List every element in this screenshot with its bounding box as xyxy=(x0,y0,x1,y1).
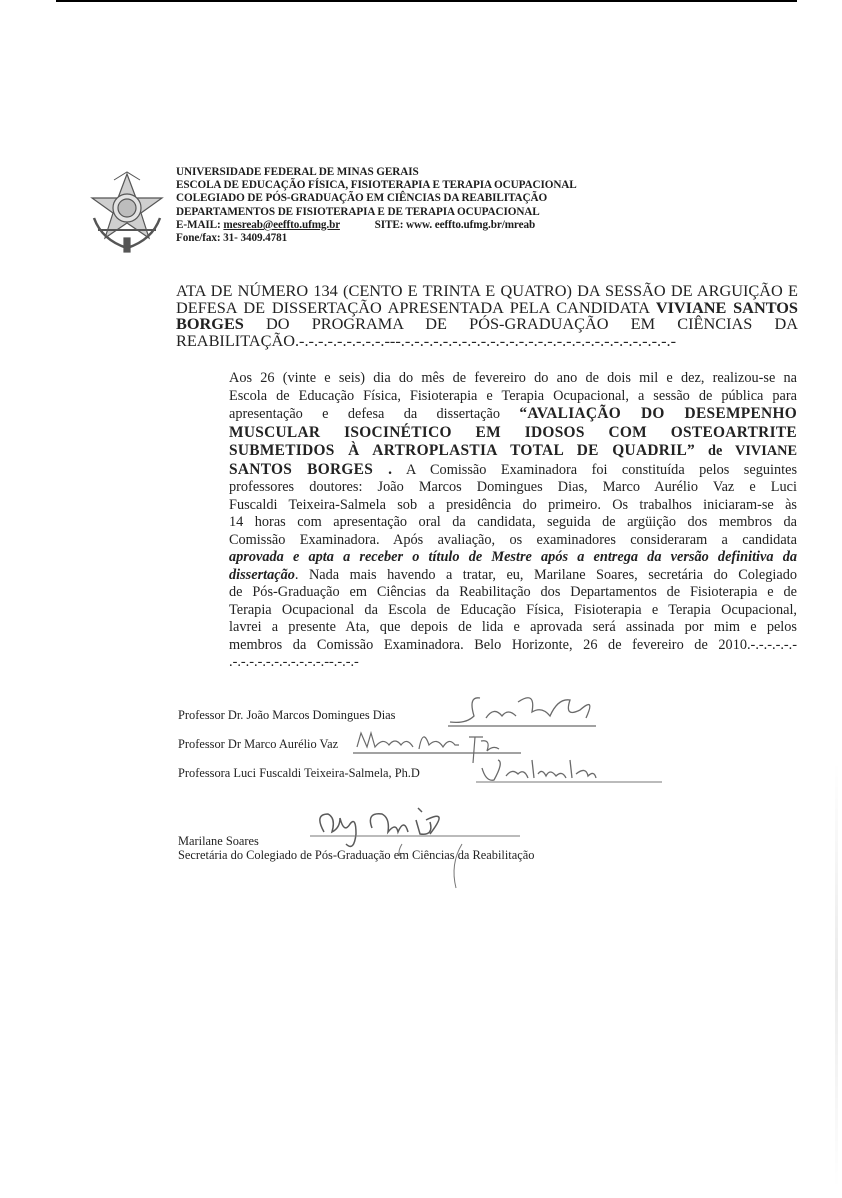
dissertation-title: SUBMETIDOS À ARTROPLASTIA TOTAL DE QUADR… xyxy=(229,442,695,459)
body-line: de Pós-Graduação em Ciências da Reabilit… xyxy=(229,584,797,602)
signature-row: Professora Luci Fuscaldi Teixeira-Salmel… xyxy=(178,758,420,787)
signature-block: Professor Dr. João Marcos Domingues Dias… xyxy=(178,700,420,787)
body-line: Aos 26 (vinte e seis) dia do mês de feve… xyxy=(229,370,797,388)
departments-name: DEPARTAMENTOS DE FISIOTERAPIA E DE TERAP… xyxy=(176,206,577,219)
page-top-rule xyxy=(56,0,797,2)
approval-statement: dissertação xyxy=(229,567,295,583)
body-line: dissertação. Nada mais havendo a tratar,… xyxy=(229,567,797,585)
email-link[interactable]: mesreab@eeffto.ufmg.br xyxy=(223,219,340,231)
school-name: ESCOLA DE EDUCAÇÃO FÍSICA, FISIOTERAPIA … xyxy=(176,179,577,192)
body-line: Escola de Educação Física, Fisioterapia … xyxy=(229,388,797,406)
brazil-coat-of-arms-icon xyxy=(84,168,170,254)
phone: Fone/fax: 31- 3409.4781 xyxy=(176,232,577,245)
body-text: . Nada mais havendo a tratar, eu, Marila… xyxy=(295,567,797,583)
body-line: Comissão Examinadora. Após avaliação, os… xyxy=(229,532,797,550)
body-line: apresentação e defesa da dissertação “AV… xyxy=(229,405,797,424)
secretary-block: Marilane Soares Secretária do Colegiado … xyxy=(178,834,534,862)
handwritten-signature xyxy=(310,804,530,890)
dissertation-title: “AVALIAÇÃO DO DESEMPENHO xyxy=(519,405,797,422)
body-line: lavrei a presente Ata, que depois de lid… xyxy=(229,619,797,637)
handwritten-signature xyxy=(476,752,666,792)
approval-statement: aprovada e apta a receber o título de Me… xyxy=(229,549,797,565)
body-line: .-.-.-.-.-.-.-.-.-.-.-.--.-.-.- xyxy=(229,654,797,672)
dissertation-title: MUSCULAR ISOCINÉTICO EM IDOSOS COM OSTEO… xyxy=(229,424,797,441)
ata-title-line: REABILITAÇÃO.-.-.-.-.-.-.-.-.-.---.-.-.-… xyxy=(176,333,798,350)
ata-title: ATA DE NÚMERO 134 (CENTO E TRINTA E QUAT… xyxy=(176,283,798,349)
university-name: UNIVERSIDADE FEDERAL DE MINAS GERAIS xyxy=(176,166,577,179)
letterhead: UNIVERSIDADE FEDERAL DE MINAS GERAIS ESC… xyxy=(176,166,577,245)
body-text: A Comissão Examinadora foi constituída p… xyxy=(392,462,797,478)
body-line: membros da Comissão Examinadora. Belo Ho… xyxy=(229,637,797,655)
signer-label: Professor Dr Marco Aurélio Vaz xyxy=(178,737,338,751)
scan-edge-shadow xyxy=(835,760,838,1190)
signature-row: Professor Dr Marco Aurélio Vaz xyxy=(178,729,420,758)
candidate-name: SANTOS BORGES . xyxy=(229,461,392,478)
body-line: SUBMETIDOS À ARTROPLASTIA TOTAL DE QUADR… xyxy=(229,442,797,461)
signer-label: Professor Dr. João Marcos Domingues Dias xyxy=(178,708,396,722)
minutes-body: Aos 26 (vinte e seis) dia do mês de feve… xyxy=(229,370,797,672)
body-line: aprovada e apta a receber o título de Me… xyxy=(229,549,797,567)
collegiate-name: COLEGIADO DE PÓS-GRADUAÇÃO EM CIÊNCIAS D… xyxy=(176,192,577,205)
email-label: E-MAIL: xyxy=(176,219,221,231)
body-line: professores doutores: João Marcos Doming… xyxy=(229,479,797,497)
body-text: de VIVIANE xyxy=(695,443,797,459)
signer-label: Professora Luci Fuscaldi Teixeira-Salmel… xyxy=(178,766,420,780)
site-link[interactable]: SITE: www. eeffto.ufmg.br/mreab xyxy=(375,219,535,231)
body-line: Fuscaldi Teixeira-Salmela sob a presidên… xyxy=(229,497,797,515)
contact-line: E-MAIL: mesreab@eeffto.ufmg.br SITE: www… xyxy=(176,219,577,232)
body-line: Terapia Ocupacional da Escola de Educaçã… xyxy=(229,602,797,620)
body-line: MUSCULAR ISOCINÉTICO EM IDOSOS COM OSTEO… xyxy=(229,424,797,443)
body-line: SANTOS BORGES . A Comissão Examinadora f… xyxy=(229,461,797,480)
body-line: 14 horas com apresentação oral da candid… xyxy=(229,514,797,532)
body-text: apresentação e defesa da dissertação xyxy=(229,406,519,422)
